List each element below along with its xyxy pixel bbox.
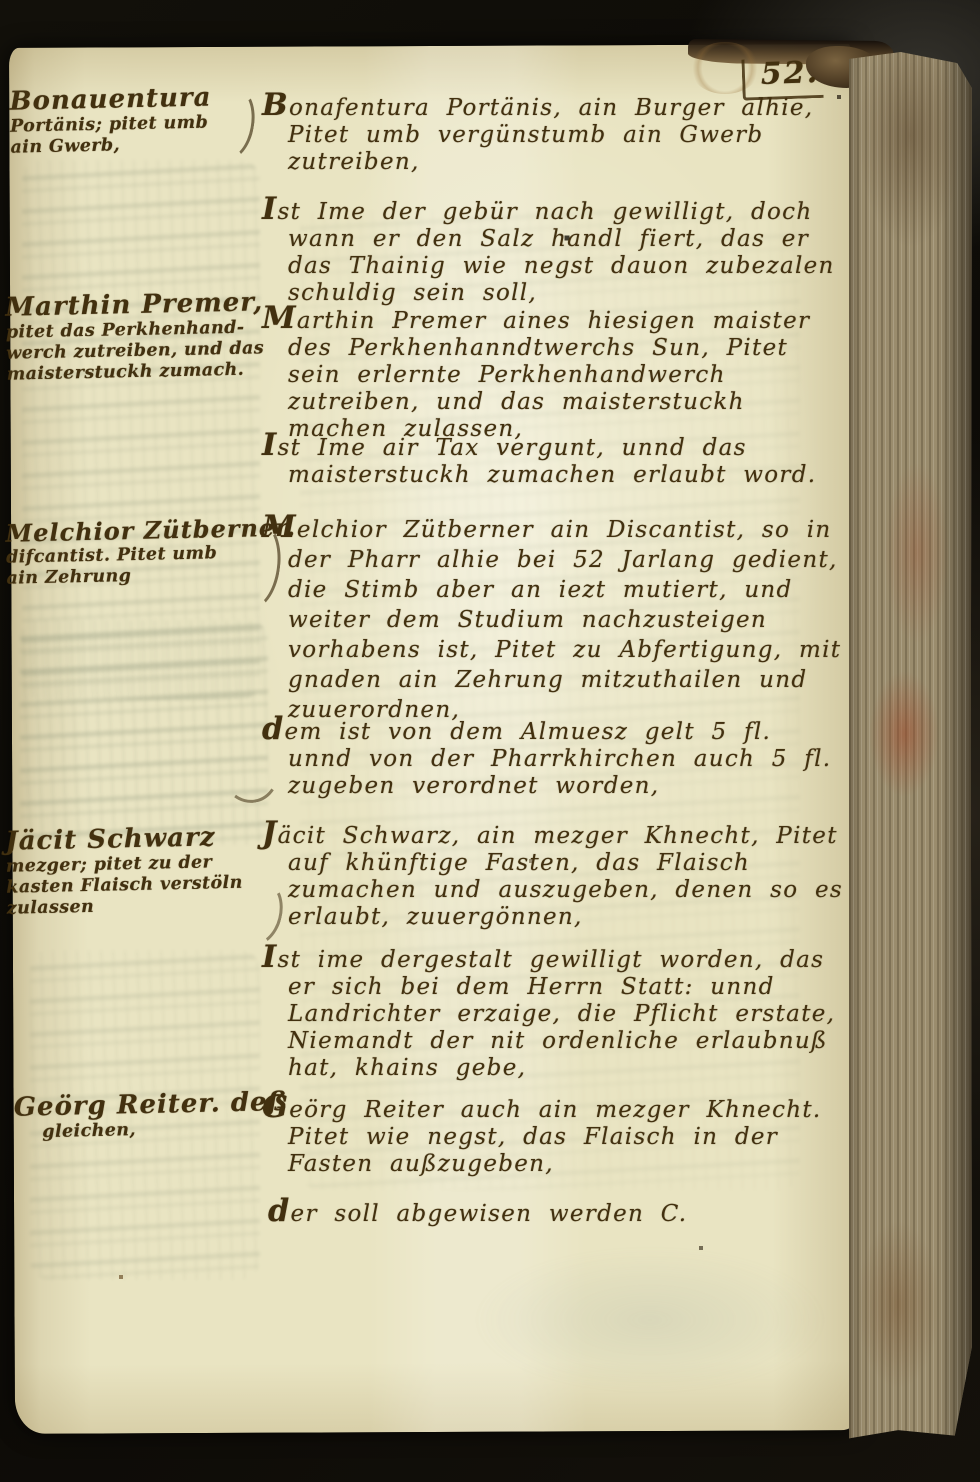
body-paragraph-petition: Jäcit Schwarz, ain mezger Khnecht, Pitet…: [262, 820, 844, 931]
folio-number-text: 52.: [760, 55, 819, 92]
body-paragraph-resolution: der soll abgewisen werden C.: [268, 1198, 850, 1228]
body-paragraph-petition: Geörg Reiter auch ain mezger Khnecht. Pi…: [262, 1094, 844, 1178]
ink-speck-group: [0, 0, 2, 2]
margin-note-geoerg-reiter: Geörg Reiter. deß gleichen,: [13, 1087, 272, 1143]
margin-note-marthin-premer: Marthin Premer, pitet das Perkhenhand- w…: [5, 287, 265, 385]
margin-note-melchior-zuetberner: Melchior Zütberner. difcantist. Pitet um…: [5, 513, 264, 589]
body-paragraph-petition: Melchior Zütberner ain Discantist, so in…: [262, 512, 844, 725]
body-paragraph-petition: Marthin Premer aines hiesigen maister de…: [262, 305, 844, 443]
photo-background: { "document": { "kind": "handwritten cou…: [0, 0, 980, 1482]
body-paragraph-resolution: Ist Ime air Tax vergunt, unnd das maiste…: [262, 432, 844, 489]
margin-note-jaecit-schwarz: Jäcit Schwarz mezger; pitet zu der kaste…: [5, 821, 265, 919]
margin-note-head: Melchior Zütberner.: [5, 513, 264, 547]
body-paragraph-petition: Bonafentura Portänis, ain Burger alhie, …: [262, 92, 844, 176]
margin-note-bonaventura: Bonauentura Portänis; pitet umb ain Gwer…: [9, 81, 268, 158]
book-fore-edge: [849, 52, 972, 1444]
body-paragraph-resolution: dem ist von dem Almuesz gelt 5 fl. unnd …: [262, 716, 844, 800]
body-paragraph-resolution: Ist Ime der gebür nach gewilligt, doch w…: [262, 196, 844, 307]
body-paragraph-resolution: Ist ime dergestalt gewilligt worden, das…: [262, 944, 844, 1082]
margin-note-head: Geörg Reiter. deß: [13, 1087, 272, 1122]
